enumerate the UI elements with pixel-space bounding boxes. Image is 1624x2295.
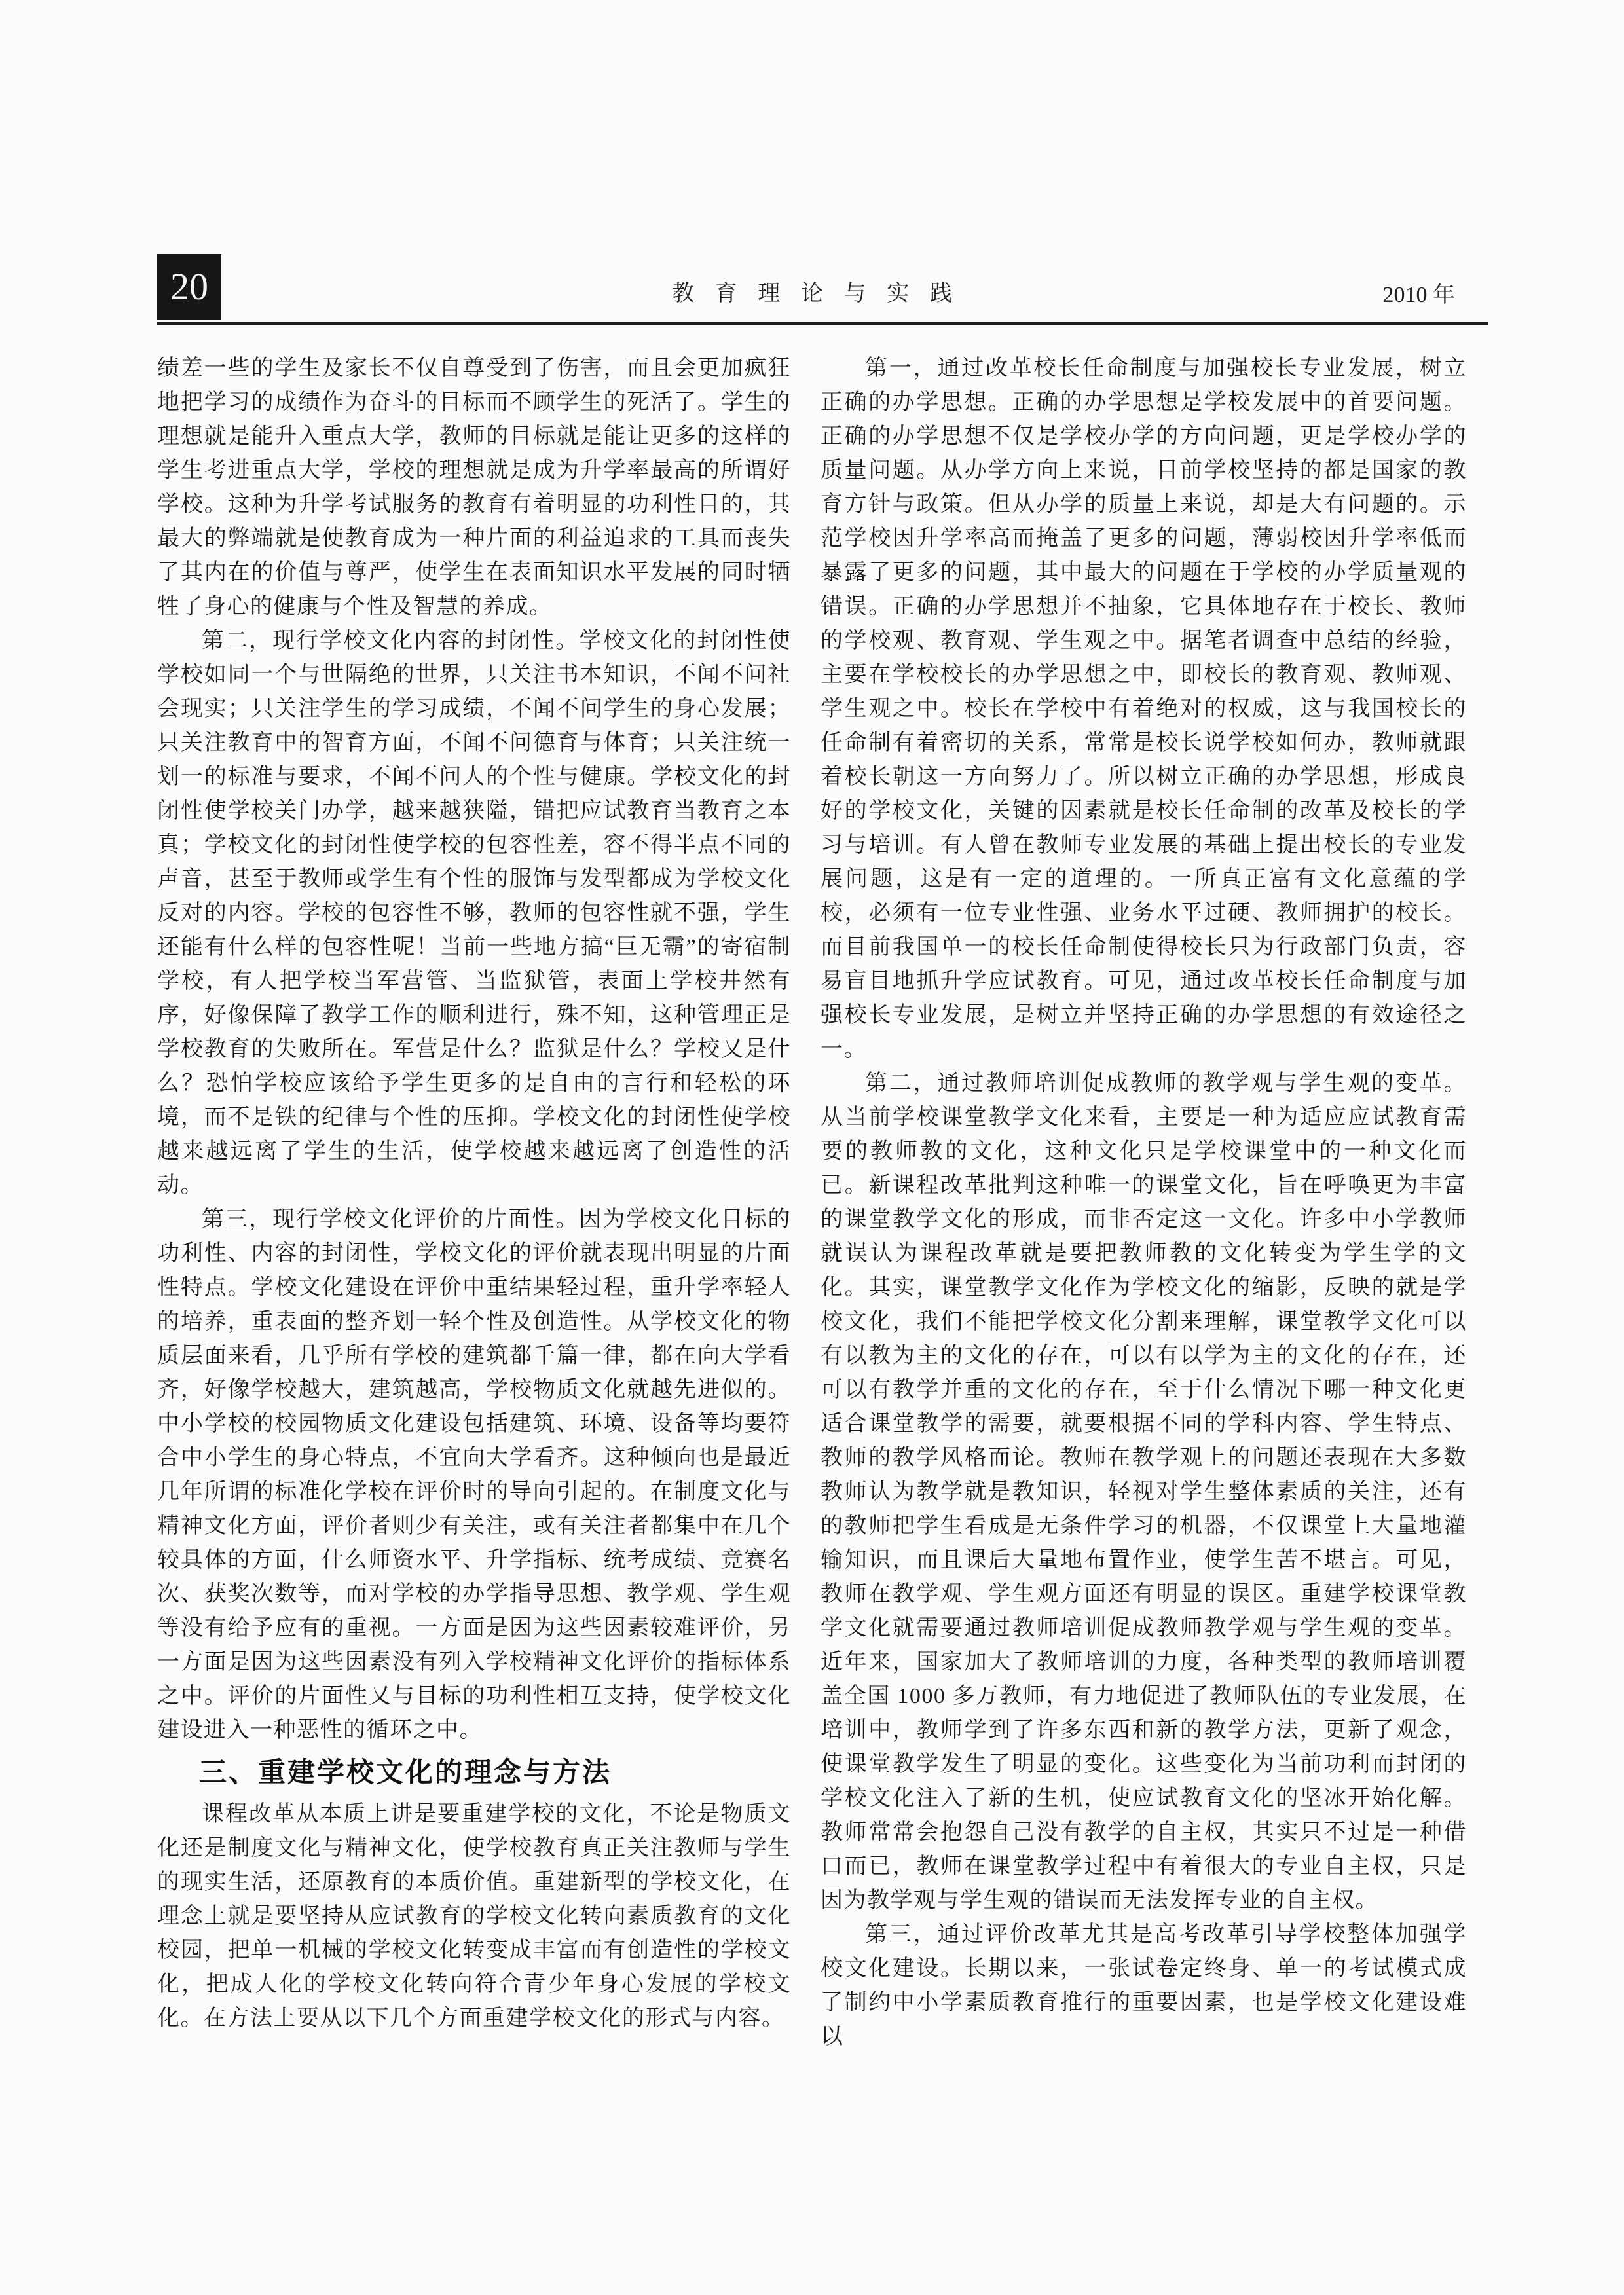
paragraph: 第二，通过教师培训促成教师的教学观与学生观的变革。从当前学校课堂教学文化来看，主…: [821, 1067, 1467, 1918]
year-label: 2010 年: [1383, 276, 1456, 308]
paragraph: 第二，现行学校文化内容的封闭性。学校文化的封闭性使学校如同一个与世隔绝的世界，只…: [157, 624, 791, 1203]
right-column: 第一，通过改革校长任命制度与加强校长专业发展，树立正确的办学思想。正确的办学思想…: [821, 352, 1467, 2054]
paragraph: 第一，通过改革校长任命制度与加强校长专业发展，树立正确的办学思想。正确的办学思想…: [821, 352, 1467, 1067]
paragraph: 课程改革从本质上讲是要重建学校的文化，不论是物质文化还是制度文化与精神文化，使学…: [157, 1797, 791, 2036]
left-column: 绩差一些的学生及家长不仅自尊受到了伤害，而且会更加疯狂地把学习的成绩作为奋斗的目…: [157, 352, 791, 2036]
paragraph: 绩差一些的学生及家长不仅自尊受到了伤害，而且会更加疯狂地把学习的成绩作为奋斗的目…: [157, 352, 791, 624]
journal-page: 20 教育理论与实践 2010 年 绩差一些的学生及家长不仅自尊受到了伤害，而且…: [0, 0, 1624, 2295]
header-rule: [157, 322, 1488, 325]
journal-title: 教育理论与实践: [157, 275, 1467, 307]
section-heading: 三、重建学校文化的理念与方法: [157, 1753, 791, 1793]
paragraph: 第三，通过评价改革尤其是高考改革引导学校整体加强学校文化建设。长期以来，一张试卷…: [821, 1918, 1467, 2054]
paragraph: 第三，现行学校文化评价的片面性。因为学校文化目标的功利性、内容的封闭性，学校文化…: [157, 1203, 791, 1748]
